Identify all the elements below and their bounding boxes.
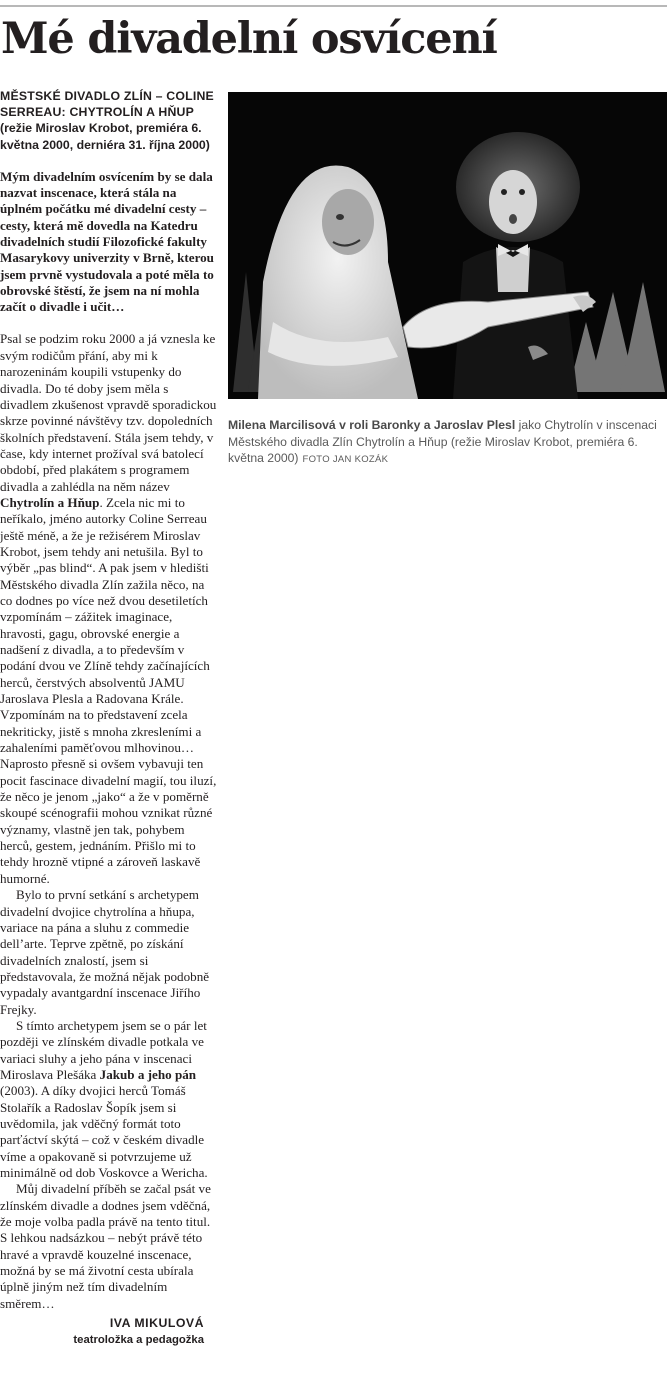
body-paragraph: Psal se podzim roku 2000 a já vznesla ke… <box>0 331 218 887</box>
body-paragraph: Můj divadelní příběh se začal psát ve zl… <box>0 1181 218 1312</box>
author-role: teatroložka a pedagožka <box>0 1332 204 1349</box>
kicker-details: (režie Miroslav Krobot, premiéra 6. květ… <box>0 121 210 151</box>
stage-photo-illustration <box>228 92 667 399</box>
paragraph-text: Bylo to první setkání s archetypem divad… <box>0 887 209 1016</box>
body-paragraph: Bylo to první setkání s archetypem divad… <box>0 887 218 1018</box>
kicker-title: MĚSTSKÉ DIVADLO ZLÍN – COLINE SERREAU: C… <box>0 88 218 120</box>
caption-names: Milena Marcilisová v roli Baronky a Jaro… <box>228 418 515 432</box>
title-emphasis: Chytrolín a Hňup <box>0 495 99 510</box>
article-text-column: MĚSTSKÉ DIVADLO ZLÍN – COLINE SERREAU: C… <box>0 88 218 1349</box>
photo-caption: Milena Marcilisová v roli Baronky a Jaro… <box>228 417 658 469</box>
article-body: Psal se podzim roku 2000 a já vznesla ke… <box>0 331 218 1312</box>
article-lead: Mým divadelním osvícením by se dala nazv… <box>0 169 218 316</box>
paragraph-text: . Zcela nic mi to neříkalo, jméno autork… <box>0 495 216 886</box>
paragraph-text: Můj divadelní příběh se začal psát ve zl… <box>0 1181 211 1310</box>
photo-credit: FOTO JAN KOZÁK <box>302 454 388 465</box>
author-name: IVA MIKULOVÁ <box>0 1315 204 1332</box>
body-paragraph: S tímto archetypem jsem se o pár let poz… <box>0 1018 218 1181</box>
title-emphasis: Jakub a jeho pán <box>100 1067 196 1082</box>
author-byline: IVA MIKULOVÁ teatroložka a pedagožka <box>0 1315 218 1349</box>
top-rule <box>0 5 667 7</box>
article-headline: Mé divadelní osvícení <box>1 11 497 67</box>
paragraph-text: (2003). A díky dvojici herců Tomáš Stola… <box>0 1083 208 1180</box>
paragraph-text: Psal se podzim roku 2000 a já vznesla ke… <box>0 331 216 493</box>
article-kicker: MĚSTSKÉ DIVADLO ZLÍN – COLINE SERREAU: C… <box>0 88 218 153</box>
stage-photo <box>228 92 667 399</box>
